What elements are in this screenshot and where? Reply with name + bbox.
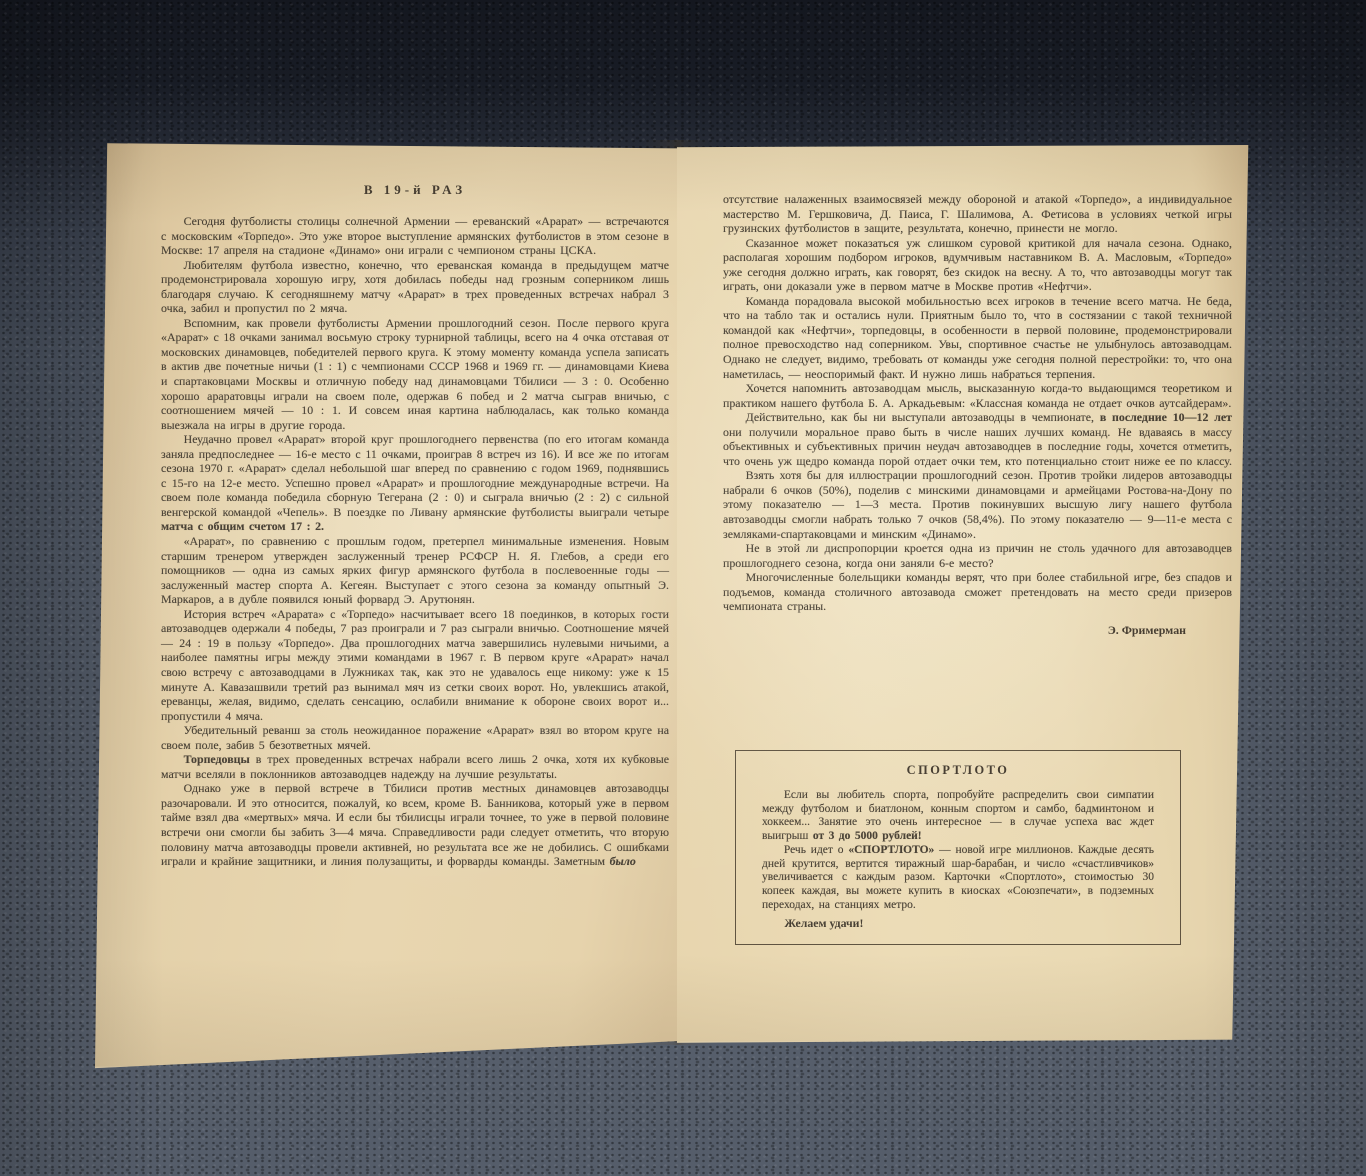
paragraph: Речь идет о «СПОРТЛОТО» — новой игре мил… (762, 844, 1154, 913)
paragraph: Неудачно провел «Арарат» второй круг про… (161, 432, 669, 534)
paragraph: Убедительный реванш за столь неожиданное… (161, 723, 669, 752)
paragraph: Однако уже в первой встрече в Тбилиси пр… (161, 781, 669, 868)
paragraph: Действительно, как бы ни выступали автоз… (723, 410, 1232, 468)
page-title: В 19-й РАЗ (161, 182, 669, 198)
paragraph: Если вы любитель спорта, попробуйте расп… (762, 789, 1154, 844)
sportloto-paragraphs: Если вы любитель спорта, попробуйте расп… (762, 789, 1154, 912)
sportloto-closing: Желаем удачи! (762, 916, 1154, 931)
author-signature: Э. Фримерман (723, 623, 1232, 638)
paragraph: Торпедовцы в трех проведенных встречах н… (161, 752, 669, 781)
paragraph: Многочисленные болельщики команды верят,… (723, 570, 1232, 614)
paragraph: История встреч «Арарата» с «Торпедо» нас… (161, 607, 669, 723)
paragraph: Сегодня футболисты столицы солнечной Арм… (161, 214, 669, 258)
page-left: В 19-й РАЗ Сегодня футболисты столицы со… (95, 140, 677, 1070)
photo-background: В 19-й РАЗ Сегодня футболисты столицы со… (0, 0, 1366, 1176)
sportloto-box: СПОРТЛОТО Если вы любитель спорта, попро… (735, 750, 1181, 945)
paragraph: Взять хотя бы для иллюстрации прошлогодн… (723, 468, 1232, 541)
paragraph: Любителям футбола известно, конечно, что… (161, 258, 669, 316)
page-right-paragraphs: отсутствие налаженных взаимосвязей между… (723, 192, 1232, 614)
paragraph: «Арарат», по сравнению с прошлым годом, … (161, 534, 669, 607)
paragraph: отсутствие налаженных взаимосвязей между… (723, 192, 1232, 236)
paragraph: Сказанное может показаться уж слишком су… (723, 236, 1232, 294)
page-left-paragraphs: Сегодня футболисты столицы солнечной Арм… (161, 214, 669, 869)
paragraph: Хочется напомнить автозаводцам мысль, вы… (723, 381, 1232, 410)
page-right: отсутствие налаженных взаимосвязей между… (677, 140, 1250, 1045)
paragraph: Вспомним, как провели футболисты Армении… (161, 316, 669, 432)
paragraph: Команда порадовала высокой мобильностью … (723, 294, 1232, 381)
page-right-text: отсутствие налаженных взаимосвязей между… (723, 192, 1232, 638)
sportloto-title: СПОРТЛОТО (762, 763, 1154, 778)
paragraph: Не в этой ли диспропорции кроется одна и… (723, 541, 1232, 570)
page-left-text: В 19-й РАЗ Сегодня футболисты столицы со… (161, 182, 669, 869)
